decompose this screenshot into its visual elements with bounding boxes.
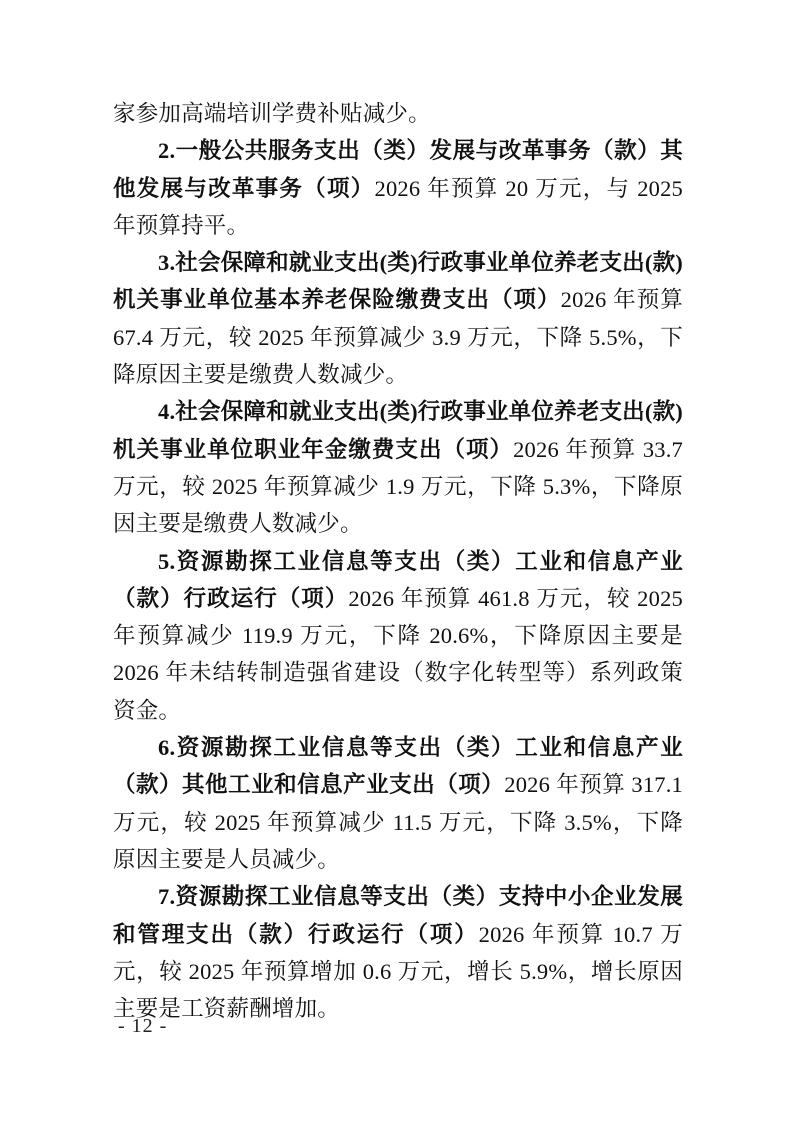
paragraph-item-3: 3.社会保障和就业支出(类)行政事业单位养老支出(款)机关事业单位基本养老保险缴…	[113, 244, 683, 393]
paragraph-body: 家参加高端培训学费补贴减少。	[113, 101, 431, 126]
paragraph-continuation: 家参加高端培训学费补贴减少。	[113, 95, 683, 132]
paragraph-item-7: 7.资源勘探工业信息等支出（类）支持中小企业发展和管理支出（款）行政运行（项）2…	[113, 878, 683, 1027]
document-page: 家参加高端培训学费补贴减少。 2.一般公共服务支出（类）发展与改革事务（款）其他…	[0, 0, 793, 1122]
paragraph-item-2: 2.一般公共服务支出（类）发展与改革事务（款）其他发展与改革事务（项）2026 …	[113, 132, 683, 244]
paragraph-item-6: 6.资源勘探工业信息等支出（类）工业和信息产业（款）其他工业和信息产业支出（项）…	[113, 729, 683, 878]
paragraph-item-5: 5.资源勘探工业信息等支出（类）工业和信息产业（款）行政运行（项）2026 年预…	[113, 543, 683, 729]
paragraph-item-4: 4.社会保障和就业支出(类)行政事业单位养老支出(款)机关事业单位职业年金缴费支…	[113, 393, 683, 542]
page-content: 家参加高端培训学费补贴减少。 2.一般公共服务支出（类）发展与改革事务（款）其他…	[113, 95, 683, 1027]
page-number: - 12 -	[118, 1014, 167, 1038]
